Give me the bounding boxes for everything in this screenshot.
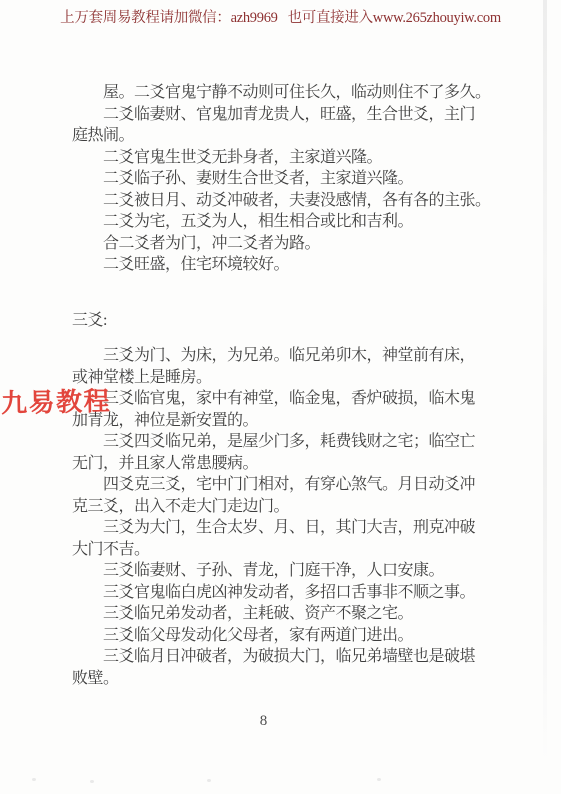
scan-speck bbox=[377, 778, 381, 781]
watermark-logo: 九易教程 bbox=[1, 381, 112, 420]
body-text-column: 屋。二爻官鬼宁静不动则可住长久，临动则住不了多久。二爻临妻财、官鬼加青龙贵人，旺… bbox=[72, 82, 486, 689]
text-line: 大门不吉。 bbox=[72, 539, 486, 561]
scan-speck bbox=[90, 780, 94, 783]
text-line: 或神堂楼上是睡房。 bbox=[72, 367, 486, 389]
section-san-yao: 三爻为门、为床，为兄弟。临兄弟卯木，神堂前有床，或神堂楼上是睡房。三爻临官鬼，家… bbox=[72, 345, 486, 689]
text-line: 庭热闹。 bbox=[72, 125, 486, 147]
text-line: 克三爻，出入不走大门走边门。 bbox=[72, 496, 486, 518]
scan-speck bbox=[32, 778, 36, 781]
scan-speck bbox=[207, 779, 211, 782]
text-line: 二爻临妻财、官鬼加青龙贵人，旺盛，生合世爻，主门 bbox=[72, 104, 486, 126]
text-line: 二爻为宅，五爻为人，相生相合或比和吉利。 bbox=[72, 211, 486, 233]
section-er-yao: 屋。二爻官鬼宁静不动则可住长久，临动则住不了多久。二爻临妻财、官鬼加青龙贵人，旺… bbox=[72, 82, 486, 276]
page-number: 8 bbox=[0, 713, 527, 730]
text-line: 二爻临子孙、妻财生合世爻者，主家道兴隆。 bbox=[72, 168, 486, 190]
text-line: 二爻被日月、动爻冲破者，夫妻没感情，各有各的主张。 bbox=[72, 190, 486, 212]
text-line: 无门，并且家人常患腰病。 bbox=[72, 453, 486, 475]
section-heading-san-yao: 三爻: bbox=[72, 310, 486, 332]
text-line: 加青龙，神位是新安置的。 bbox=[72, 410, 486, 432]
document-page: 上万套周易教程请加微信：azh9969 也可直接进入www.265zhouyiw… bbox=[0, 0, 561, 794]
scan-artifact-line bbox=[543, 0, 547, 762]
text-line: 三爻为门、为床，为兄弟。临兄弟卯木，神堂前有床， bbox=[72, 345, 486, 367]
text-line: 败壁。 bbox=[72, 668, 486, 690]
text-line: 四爻克三爻，宅中门门相对，有穿心煞气。月日动爻冲 bbox=[72, 474, 486, 496]
text-line: 二爻官鬼生世爻无卦身者，主家道兴隆。 bbox=[72, 147, 486, 169]
text-line: 三爻临妻财、子孙、青龙，门庭干净，人口安康。 bbox=[72, 560, 486, 582]
text-line: 二爻旺盛，住宅环境较好。 bbox=[72, 254, 486, 276]
text-line: 三爻临月日冲破者，为破损大门，临兄弟墙壁也是破堪 bbox=[72, 646, 486, 668]
header-promo-text: 上万套周易教程请加微信：azh9969 也可直接进入www.265zhouyiw… bbox=[0, 6, 561, 27]
text-line: 三爻四爻临兄弟，是屋少门多，耗费钱财之宅；临空亡 bbox=[72, 431, 486, 453]
text-line: 合二爻者为门，冲二爻者为路。 bbox=[72, 233, 486, 255]
text-line: 三爻临父母发动化父母者，家有两道门进出。 bbox=[72, 625, 486, 647]
text-line: 三爻临官鬼，家中有神堂，临金鬼，香炉破损，临木鬼 bbox=[72, 388, 486, 410]
text-line: 三爻官鬼临白虎凶神发动者，多招口舌事非不顺之事。 bbox=[72, 582, 486, 604]
text-line: 三爻临兄弟发动者，主耗破、资产不聚之宅。 bbox=[72, 603, 486, 625]
text-line: 三爻为大门，生合太岁、月、日，其门大吉，刑克冲破 bbox=[72, 517, 486, 539]
text-line: 屋。二爻官鬼宁静不动则可住长久，临动则住不了多久。 bbox=[72, 82, 486, 104]
